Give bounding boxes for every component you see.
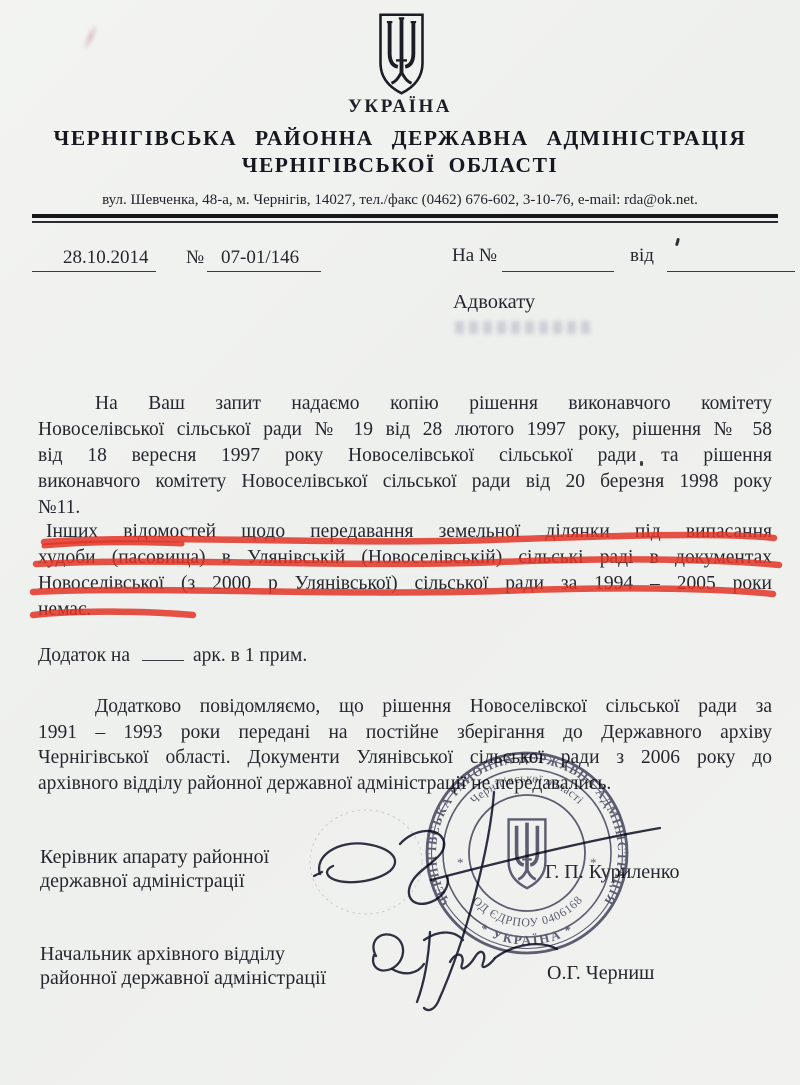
signer-1-title-line1: Керівник апарату районної (40, 845, 269, 869)
reply-to-number-label: На № (452, 245, 497, 267)
body-line: Новоселівської сільської ради № 19 від 2… (38, 417, 772, 443)
attachment-line: Додаток наарк. в 1 прим. (38, 645, 307, 667)
body-line: На Ваш запит надаємо копію рішення викон… (38, 391, 772, 417)
reply-date-blank (667, 270, 795, 272)
redacted-recipient-name (455, 321, 595, 334)
recipient-title: Адвокату (453, 291, 535, 314)
ink-mark (675, 238, 680, 247)
reply-number-blank (502, 270, 614, 272)
pencil-circle-mark (310, 810, 422, 914)
red-underline-annotation (30, 515, 790, 645)
coat-of-arms-icon (374, 12, 429, 96)
body-line: від 18 вересня 1997 року Новоселівської … (38, 443, 772, 469)
signature-kurylenko (314, 792, 660, 1010)
number-underline (207, 270, 321, 272)
letter-number: 07-01/146 (221, 247, 299, 269)
signer-2-title-line2: районної державної адміністрації (40, 966, 326, 990)
date-underline (32, 270, 156, 272)
country-name: УКРАЇНА (0, 96, 800, 118)
body-line: Додатково повідомляємо, що рішення Новос… (38, 694, 772, 720)
header-rule-thick (32, 214, 778, 218)
org-address: вул. Шевченка, 48-а, м. Чернігів, 14027,… (0, 192, 800, 209)
attachment-suffix: арк. в 1 прим. (193, 645, 307, 666)
letter-date: 28.10.2014 (63, 247, 149, 269)
number-sign-label: № (186, 247, 204, 269)
signer-1-title: Керівник апарату районної державної адмі… (40, 845, 269, 893)
body-line: Чернігівської області. Документи Улянівс… (38, 745, 772, 771)
scanned-letter-page: УКРАЇНА ЧЕРНІГІВСЬКА РАЙОННА ДЕРЖАВНА АД… (0, 0, 800, 1085)
reply-date-label: від (630, 245, 654, 267)
body-line: 1991 – 1993 роки передані на постійне зб… (38, 720, 772, 746)
signer-2-title-line1: Начальник архівного відділу (40, 942, 326, 966)
paragraph-1: На Ваш запит надаємо копію рішення викон… (38, 391, 772, 521)
org-name-line2: ЧЕРНІГІВСЬКОЇ ОБЛАСТІ (0, 153, 800, 178)
pink-scan-smudge (80, 22, 101, 53)
signer-2-title: Начальник архівного відділу районної дер… (40, 942, 326, 990)
org-name-line1: ЧЕРНІГІВСЬКА РАЙОННА ДЕРЖАВНА АДМІНІСТРА… (0, 126, 800, 151)
handwritten-signatures (300, 770, 720, 1020)
attachment-prefix: Додаток на (38, 645, 130, 666)
header-rule-thin (32, 221, 778, 223)
body-line: виконавчого комітету Новоселівської сіль… (38, 469, 772, 495)
signer-1-title-line2: державної адміністрації (40, 869, 269, 893)
signature-chernysh (373, 932, 557, 1002)
attachment-blank (142, 647, 184, 661)
